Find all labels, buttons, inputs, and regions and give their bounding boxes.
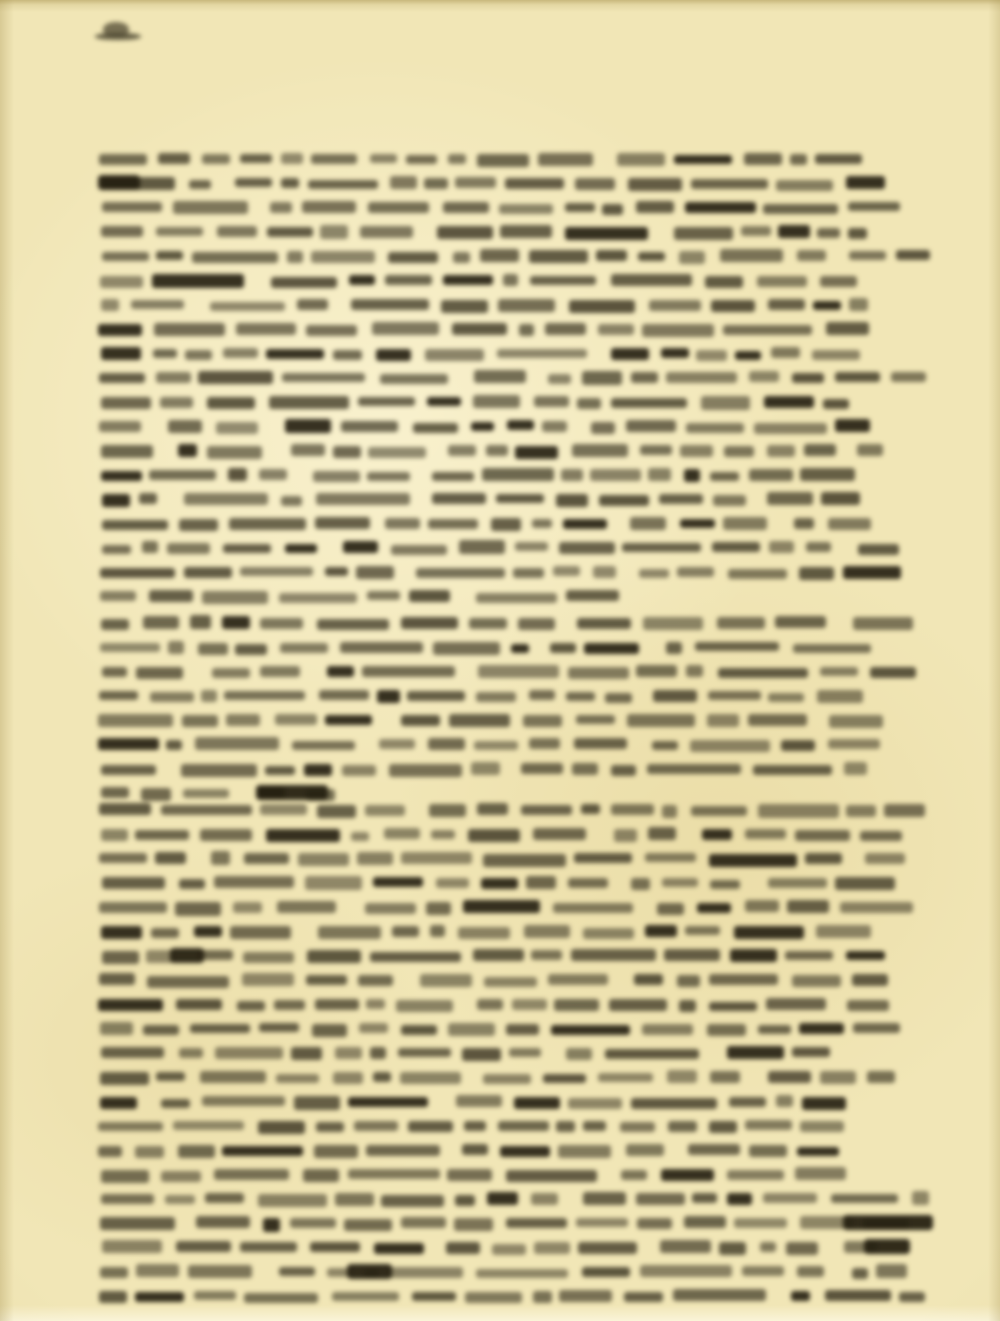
word-blob: [412, 1292, 456, 1301]
word-blob: [260, 804, 307, 814]
word-blob: [611, 348, 649, 360]
text-line: [98, 316, 943, 340]
word-blob: [476, 1269, 568, 1278]
word-blob: [561, 469, 583, 481]
text-line: [98, 1113, 943, 1137]
word-blob: [401, 1025, 437, 1036]
word-blob: [100, 1022, 133, 1035]
word-blob: [468, 829, 520, 842]
word-blob: [477, 803, 508, 815]
word-blob: [648, 468, 671, 480]
word-blob: [825, 1290, 892, 1301]
word-blob: [455, 1195, 475, 1206]
word-blob: [224, 691, 305, 700]
word-blob: [98, 1146, 122, 1157]
word-blob: [640, 445, 672, 455]
word-blob: [509, 1048, 541, 1057]
word-blob: [553, 903, 633, 913]
text-line: [98, 219, 943, 243]
word-blob: [640, 1265, 732, 1278]
word-blob: [710, 472, 739, 482]
word-blob: [202, 1096, 285, 1106]
word-blob: [719, 1242, 747, 1255]
word-blob: [745, 1120, 792, 1130]
word-blob: [785, 951, 833, 960]
word-blob: [826, 322, 869, 335]
word-blob: [496, 494, 544, 503]
word-blob: [370, 952, 461, 962]
word-blob: [217, 226, 257, 237]
word-blob: [805, 853, 841, 863]
word-blob: [605, 1049, 699, 1059]
word-blob: [763, 1193, 817, 1202]
word-blob: [668, 1121, 697, 1132]
word-blob: [611, 274, 692, 286]
word-blob: [876, 1264, 907, 1277]
word-blob: [709, 1002, 757, 1011]
word-blob: [184, 493, 268, 506]
word-blob: [768, 693, 804, 703]
word-blob: [848, 202, 899, 211]
word-blob: [749, 371, 779, 383]
word-blob: [392, 926, 419, 937]
word-blob: [99, 154, 147, 165]
word-blob: [713, 495, 746, 506]
word-blob: [184, 567, 232, 578]
text-line: [98, 683, 943, 707]
word-blob: [817, 690, 864, 703]
word-blob: [596, 250, 627, 261]
word-blob: [556, 494, 589, 507]
word-blob: [840, 902, 913, 913]
word-blob: [691, 179, 769, 190]
word-blob: [308, 180, 378, 190]
word-blob: [812, 350, 860, 360]
word-blob: [307, 950, 361, 963]
word-blob: [617, 153, 665, 166]
word-blob: [260, 666, 300, 676]
word-blob: [673, 1289, 766, 1301]
word-blob: [202, 591, 268, 603]
word-blob: [149, 590, 193, 601]
word-blob: [478, 665, 560, 678]
word-blob: [471, 762, 500, 775]
word-blob: [630, 517, 666, 530]
word-blob: [554, 999, 599, 1012]
word-blob: [459, 540, 505, 553]
word-blob: [102, 877, 165, 889]
word-blob: [729, 1097, 767, 1107]
word-blob: [477, 999, 503, 1010]
word-blob: [155, 852, 186, 864]
word-blob: [260, 618, 303, 630]
word-blob: [189, 180, 211, 190]
word-blob: [188, 1265, 252, 1278]
word-blob: [314, 1145, 358, 1158]
word-blob: [523, 715, 561, 727]
word-blob: [471, 422, 494, 431]
word-blob: [316, 1122, 343, 1132]
word-blob: [430, 925, 445, 937]
word-blob: [705, 276, 742, 288]
word-blob: [429, 804, 466, 817]
word-blob: [800, 1121, 844, 1132]
word-blob: [101, 1170, 149, 1183]
word-blob: [702, 829, 732, 840]
word-blob: [401, 1217, 445, 1229]
word-blob: [390, 176, 417, 189]
word-blob: [426, 902, 451, 915]
word-blob: [518, 618, 555, 630]
word-blob: [358, 975, 392, 986]
word-blob: [167, 543, 210, 554]
word-blob: [828, 518, 871, 530]
word-blob: [210, 302, 286, 311]
word-blob: [332, 1292, 399, 1301]
word-blob: [820, 276, 857, 287]
word-blob: [815, 154, 862, 164]
text-line: [98, 1259, 943, 1283]
word-blob: [794, 518, 814, 529]
word-blob: [634, 974, 664, 984]
word-blob: [602, 204, 623, 215]
word-blob: [463, 900, 540, 913]
word-blob: [786, 1242, 818, 1255]
word-blob: [277, 901, 336, 912]
word-blob: [367, 472, 410, 481]
word-blob: [764, 396, 814, 408]
word-blob: [229, 518, 306, 529]
text-line: [98, 1283, 943, 1307]
word-blob: [291, 444, 326, 456]
word-blob: [484, 977, 538, 987]
word-blob: [368, 202, 429, 213]
word-blob: [707, 714, 739, 727]
scanned-letter-page: [0, 0, 1000, 1321]
word-blob: [553, 566, 579, 576]
word-blob: [282, 373, 366, 382]
word-blob: [100, 1217, 175, 1230]
word-blob: [335, 1193, 374, 1206]
word-blob: [768, 1071, 812, 1083]
word-blob: [521, 805, 572, 814]
word-blob: [333, 446, 360, 457]
word-blob: [797, 1147, 840, 1157]
word-blob: [153, 349, 178, 359]
word-blob: [452, 323, 507, 335]
word-blob: [643, 617, 703, 630]
word-blob: [767, 492, 813, 505]
text-line: [98, 389, 943, 413]
word-blob: [512, 999, 547, 1010]
word-blob: [776, 1095, 793, 1107]
word-blob: [333, 1072, 364, 1084]
text-line: [98, 1162, 943, 1186]
word-blob: [432, 493, 487, 504]
word-blob: [776, 180, 833, 191]
word-blob: [156, 251, 182, 260]
word-blob: [258, 1121, 304, 1134]
word-blob: [437, 226, 493, 239]
word-blob: [341, 421, 399, 433]
word-blob: [820, 667, 858, 676]
word-blob: [481, 878, 518, 889]
word-blob: [101, 445, 153, 458]
word-blob: [160, 397, 192, 408]
word-blob: [583, 1192, 626, 1205]
word-blob: [368, 447, 426, 458]
word-blob: [821, 492, 860, 505]
word-blob: [828, 739, 881, 750]
word-blob: [319, 690, 369, 701]
word-blob: [370, 154, 397, 164]
word-blob: [235, 178, 271, 187]
text-line: [98, 756, 943, 780]
word-blob: [611, 804, 654, 815]
word-blob: [848, 228, 867, 239]
text-line: [98, 583, 943, 607]
word-blob: [853, 1023, 900, 1033]
word-blob: [614, 829, 636, 842]
word-blob: [99, 973, 134, 985]
word-blob: [565, 203, 595, 212]
word-blob: [161, 1099, 190, 1109]
word-blob: [817, 228, 839, 238]
word-blob: [428, 519, 478, 529]
word-blob: [637, 1218, 672, 1229]
word-blob: [767, 445, 795, 457]
word-blob: [804, 444, 836, 456]
word-blob: [190, 1024, 250, 1033]
word-blob: [287, 251, 303, 263]
word-blob: [351, 299, 429, 309]
text-line: [98, 894, 943, 918]
word-blob: [360, 226, 413, 238]
word-blob: [896, 250, 930, 260]
word-blob: [778, 225, 810, 238]
word-blob: [158, 153, 190, 164]
word-blob: [311, 154, 357, 164]
word-blob: [534, 1242, 570, 1255]
word-blob: [734, 1218, 788, 1228]
word-blob: [102, 520, 168, 529]
word-blob: [720, 249, 783, 262]
word-blob: [757, 276, 807, 286]
word-blob: [101, 299, 119, 311]
word-blob: [317, 805, 355, 818]
word-blob: [436, 878, 469, 888]
text-line: [98, 1234, 943, 1258]
word-blob: [99, 853, 147, 863]
word-blob: [679, 251, 705, 264]
word-blob: [315, 999, 359, 1011]
word-blob: [102, 667, 127, 677]
word-blob: [351, 832, 370, 841]
word-blob: [142, 541, 158, 553]
text-line: [98, 870, 943, 894]
word-blob: [100, 1072, 149, 1085]
text-line: [98, 821, 943, 845]
word-blob: [727, 1193, 752, 1205]
word-blob: [865, 853, 904, 864]
word-blob: [642, 324, 714, 337]
word-blob: [870, 667, 916, 678]
word-blob: [584, 643, 639, 654]
word-blob: [728, 569, 786, 579]
word-blob: [709, 1121, 737, 1133]
word-blob: [695, 642, 779, 651]
text-line: [98, 1186, 943, 1210]
word-blob: [532, 519, 552, 528]
word-blob: [432, 472, 474, 481]
word-blob: [621, 1170, 647, 1180]
word-blob: [192, 252, 278, 264]
word-blob: [476, 593, 557, 604]
word-blob: [578, 1242, 637, 1255]
word-blob: [101, 347, 141, 360]
word-blob: [195, 737, 279, 750]
word-blob: [611, 398, 688, 408]
word-blob: [194, 926, 222, 938]
word-blob: [884, 804, 925, 817]
word-blob: [662, 805, 678, 817]
word-blob: [548, 974, 608, 985]
word-blob: [259, 469, 287, 480]
word-blob: [433, 642, 500, 655]
word-blob: [313, 471, 360, 482]
word-blob: [176, 999, 223, 1009]
text-line: [98, 991, 943, 1015]
word-blob: [428, 738, 466, 751]
word-blob: [99, 803, 151, 815]
word-blob: [100, 1267, 128, 1278]
word-blob: [771, 347, 800, 358]
text-line: [98, 268, 943, 292]
word-blob: [101, 1194, 154, 1204]
word-blob: [500, 225, 552, 238]
word-blob: [823, 399, 849, 409]
word-blob: [499, 204, 553, 214]
word-blob: [853, 617, 914, 629]
word-blob: [775, 616, 826, 628]
word-blob: [306, 975, 347, 985]
word-blob: [730, 949, 777, 962]
word-blob: [102, 951, 139, 963]
word-blob: [474, 370, 526, 383]
word-blob: [292, 741, 355, 751]
word-blob: [149, 470, 216, 480]
word-blob: [100, 276, 143, 288]
word-blob: [631, 878, 650, 890]
word-blob: [636, 201, 674, 212]
word-blob: [240, 567, 313, 576]
word-blob: [575, 178, 615, 190]
word-blob: [799, 1023, 844, 1034]
word-blob: [179, 519, 218, 531]
word-blob: [576, 715, 616, 724]
word-blob: [379, 739, 415, 749]
word-blob: [431, 830, 455, 840]
word-blob: [506, 1024, 539, 1035]
word-blob: [835, 372, 880, 381]
text-line: [98, 943, 943, 967]
word-blob: [568, 667, 628, 678]
word-blob: [384, 828, 420, 839]
word-blob: [228, 468, 247, 481]
text-line: [98, 1040, 943, 1064]
word-blob: [566, 692, 595, 702]
word-blob: [325, 567, 347, 577]
word-blob: [98, 999, 162, 1011]
word-blob: [216, 422, 258, 434]
word-blob: [455, 177, 496, 188]
word-blob: [200, 1071, 265, 1083]
word-blob: [724, 446, 754, 457]
word-blob: [176, 1241, 231, 1252]
word-blob: [226, 714, 259, 726]
word-blob: [696, 350, 727, 361]
word-blob: [458, 927, 509, 939]
text-line: [98, 438, 943, 462]
word-blob: [806, 542, 831, 552]
word-blob: [327, 666, 354, 677]
word-blob: [401, 617, 458, 629]
word-blob: [636, 665, 677, 677]
word-blob: [373, 1072, 390, 1082]
word-blob: [173, 201, 248, 214]
word-blob: [685, 926, 719, 935]
word-blob: [590, 469, 641, 481]
word-blob: [662, 878, 698, 888]
word-blob: [664, 949, 720, 961]
word-blob: [631, 372, 658, 383]
word-blob: [102, 252, 149, 262]
word-blob: [792, 373, 824, 383]
word-blob: [342, 765, 377, 776]
word-blob: [492, 1244, 526, 1255]
text-line: [98, 1137, 943, 1161]
word-blob: [591, 422, 615, 433]
word-blob: [407, 691, 464, 701]
word-blob: [577, 398, 601, 409]
word-blob: [182, 715, 218, 728]
word-blob: [102, 494, 131, 507]
word-blob: [131, 300, 184, 310]
word-blob: [533, 1291, 552, 1303]
word-blob: [611, 765, 636, 775]
word-blob: [605, 693, 632, 703]
word-blob: [661, 348, 688, 359]
word-blob: [652, 741, 678, 751]
word-blob: [593, 566, 616, 577]
word-blob: [639, 569, 670, 579]
over-inked-word: [347, 1264, 392, 1279]
word-blob: [100, 1097, 138, 1108]
word-blob: [306, 325, 358, 336]
word-blob: [154, 323, 226, 336]
word-blob: [380, 374, 448, 384]
word-blob: [503, 274, 518, 286]
word-blob: [899, 1292, 925, 1303]
word-blob: [519, 324, 534, 336]
word-blob: [847, 1000, 888, 1011]
word-blob: [844, 762, 868, 775]
word-blob: [666, 372, 737, 383]
word-blob: [582, 1267, 629, 1277]
word-blob: [381, 1195, 443, 1207]
text-line: [98, 292, 943, 316]
word-blob: [754, 423, 828, 434]
